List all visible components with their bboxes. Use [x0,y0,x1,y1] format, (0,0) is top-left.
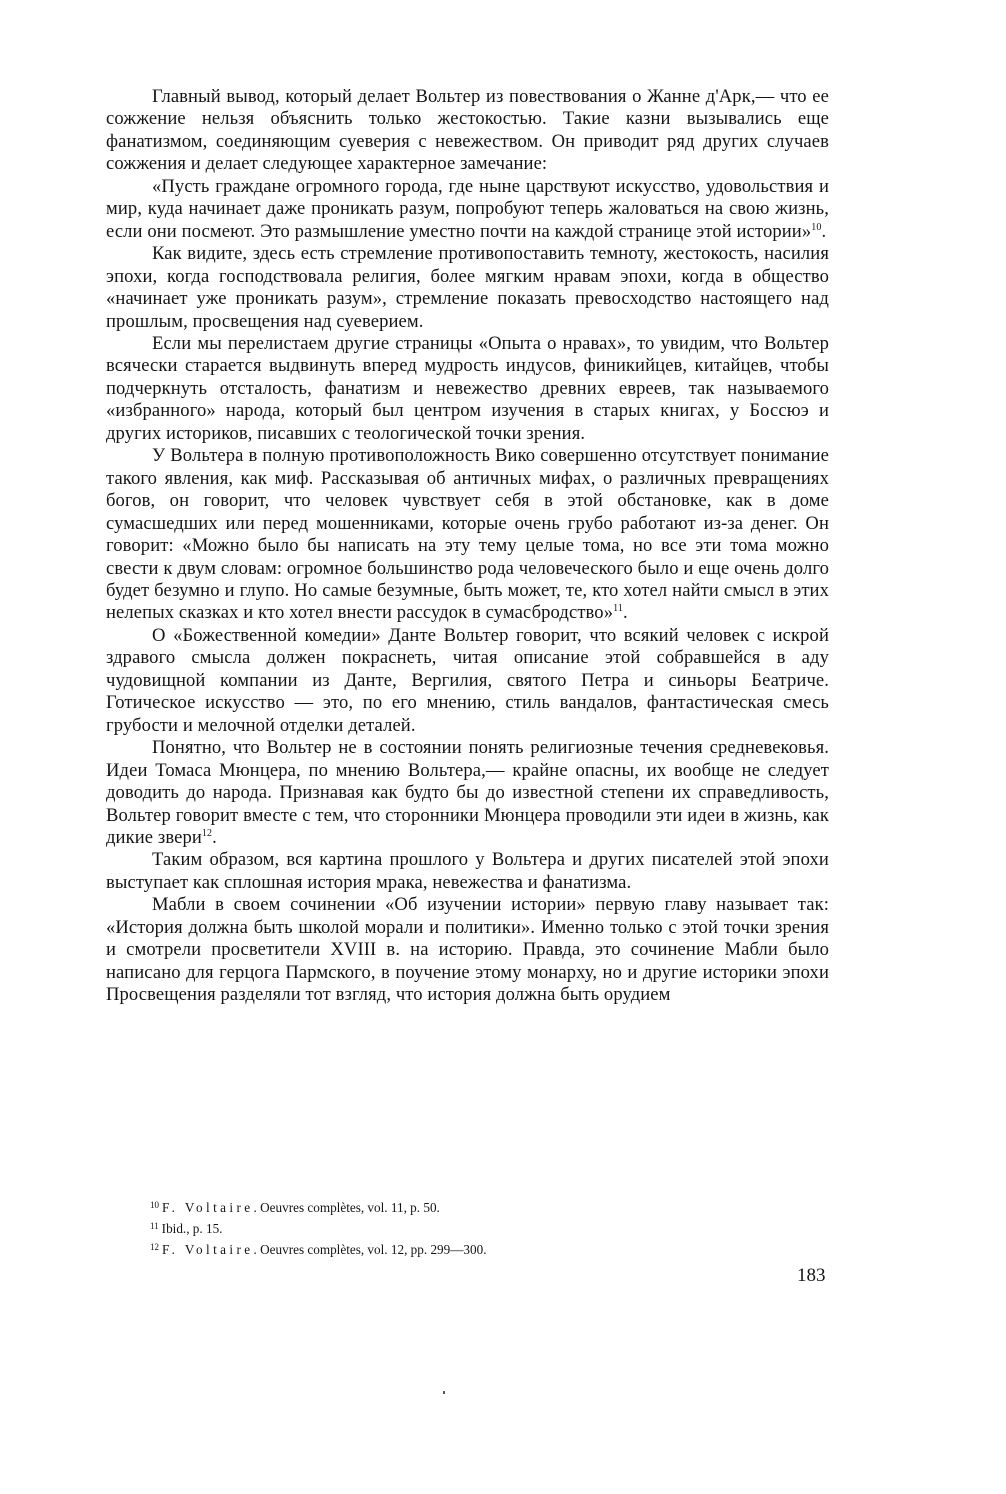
paragraph-7: Понятно, что Вольтер не в состоянии поня… [106,737,829,849]
paragraph-3: Как видите, здесь есть стремление против… [106,243,829,333]
scan-speck [443,1391,445,1394]
paragraph-9: Мабли в своем сочинении «Об изучении ист… [106,894,829,1006]
footnote-author: F. Voltaire [162,1242,254,1257]
paragraph-text: Таким образом, вся картина прошлого у Во… [106,849,829,892]
paragraph-text: Если мы перелистаем другие страницы «Опы… [106,333,829,444]
paragraph-trailing: . [623,602,628,623]
paragraph-1: Главный вывод, который делает Вольтер из… [106,86,829,176]
quote-paragraph: «Пусть граждане огромного города, где ны… [106,176,829,243]
footnote-ref-11[interactable]: 11 [613,603,623,614]
footnote-citation: Ibid., p. 15. [162,1221,223,1236]
paragraph-text: «Пусть граждане огромного города, где ны… [106,176,829,242]
footnote-citation: . Oeuvres complètes, vol. 11, p. 50. [254,1200,440,1215]
main-text: Главный вывод, который делает Вольтер из… [106,86,829,1007]
footnotes: 10F. Voltaire. Oeuvres complètes, vol. 1… [150,1196,750,1259]
paragraph-text: Мабли в своем сочинении «Об изучении ист… [106,894,829,1005]
footnote-number: 10 [150,1200,159,1210]
footnote-10: 10F. Voltaire. Oeuvres complètes, vol. 1… [150,1196,750,1217]
paragraph-text: У Вольтера в полную противоположность Ви… [106,445,829,623]
footnote-11: 11Ibid., p. 15. [150,1217,750,1238]
footnote-author: F. Voltaire [162,1200,254,1215]
paragraph-trailing: . [821,221,826,242]
paragraph-text: Главный вывод, который делает Вольтер из… [106,86,829,174]
footnote-number: 12 [150,1242,159,1252]
paragraph-text: О «Божественной комедии» Данте Вольтер г… [106,625,829,736]
footnote-number: 11 [150,1221,159,1231]
paragraph-5: У Вольтера в полную противоположность Ви… [106,445,829,625]
page-number: 183 [797,1265,826,1287]
footnote-12: 12F. Voltaire. Oeuvres complètes, vol. 1… [150,1238,750,1259]
paragraph-8: Таким образом, вся картина прошлого у Во… [106,849,829,894]
paragraph-trailing: . [212,827,217,848]
paragraph-6: О «Божественной комедии» Данте Вольтер г… [106,625,829,737]
footnote-ref-10[interactable]: 10 [811,222,821,233]
page-body: Главный вывод, который делает Вольтер из… [106,86,829,1007]
footnote-ref-12[interactable]: 12 [202,828,212,839]
paragraph-4: Если мы перелистаем другие страницы «Опы… [106,333,829,445]
footnote-citation: . Oeuvres complètes, vol. 12, pp. 299—30… [254,1242,487,1257]
paragraph-text: Как видите, здесь есть стремление против… [106,243,829,331]
